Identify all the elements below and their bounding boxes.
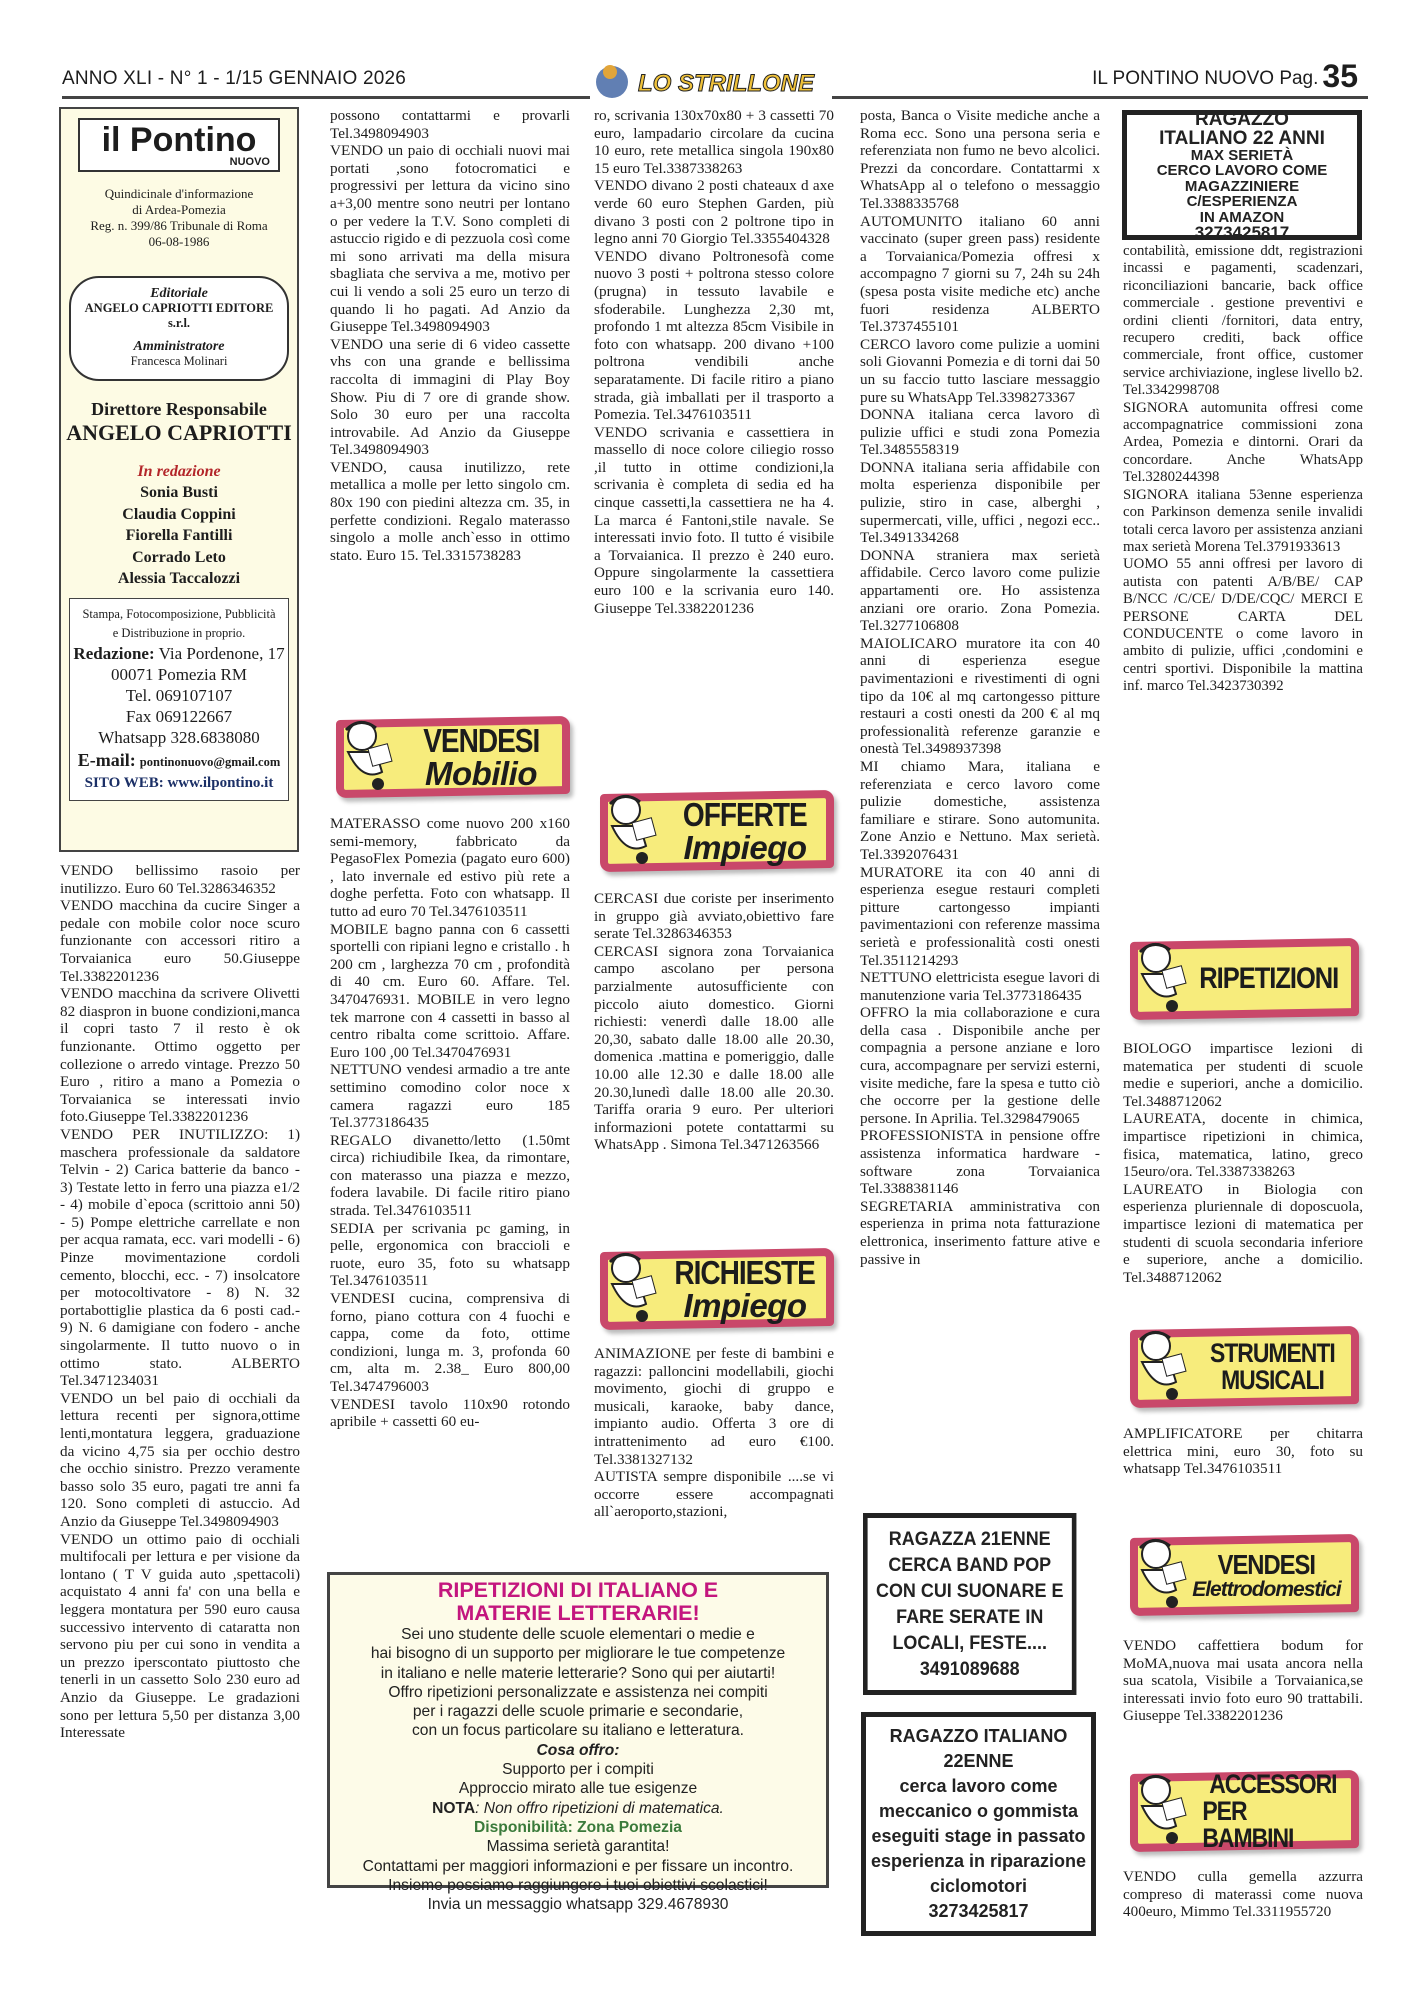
header-rule: [832, 96, 1368, 99]
classified-ad: VENDO divano 2 posti chateaux d axe verd…: [594, 177, 834, 247]
elettrodomestici-ads: VENDO caffettiera bodum for MoMA,nuova m…: [1123, 1637, 1363, 1725]
classified-ad: VENDO, causa inutilizzo, rete metallica …: [330, 459, 570, 565]
boxed-ad-meccanico: RAGAZZO ITALIANO22ENNEcerca lavoro comem…: [861, 1712, 1096, 1936]
classified-ad: ro, scrivania 130x70x80 + 3 cassetti 70 …: [594, 107, 834, 177]
classified-ad: REGALO divanetto/letto (1.50mt circa) ri…: [330, 1132, 570, 1220]
classified-ad: LAUREATA, docente in chimica, impartisce…: [1123, 1110, 1363, 1180]
strillone-mascot-icon: [326, 712, 396, 798]
strillone-mascot-icon: [590, 1244, 660, 1330]
classified-ad: VENDO un ottimo paio di occhiali multifo…: [60, 1531, 300, 1742]
classified-ad: VENDO divano Poltronesofà come nuovo 3 p…: [594, 248, 834, 424]
section-banner-accessori-bambini: ACCESSORIPER BAMBINI: [1120, 1760, 1365, 1860]
ad-title: RIPETIZIONI DI ITALIANO E: [330, 1579, 826, 1602]
column-3-ads: ro, scrivania 130x70x80 + 3 cassetti 70 …: [594, 107, 834, 617]
brand-logo: il Pontino NUOVO: [78, 118, 280, 172]
classified-ad: SIGNORA italiana 53enne esperienza con P…: [1123, 487, 1363, 557]
richieste-impiego-ads: ANIMAZIONE per feste di bambini e ragazz…: [594, 1345, 834, 1521]
classified-ad: DONNA italiana seria affidabile con molt…: [860, 459, 1100, 547]
classified-ad: DONNA straniera max serietà affidabile. …: [860, 547, 1100, 635]
classified-ad: VENDO una serie di 6 video cassette vhs …: [330, 336, 570, 459]
column-4-ads: posta, Banca o Visite mediche anche a Ro…: [860, 107, 1100, 1268]
strillone-mascot-icon: [590, 786, 660, 872]
section-banner-offerte-impiego: OFFERTEImpiego: [590, 780, 840, 880]
director-label: Direttore Responsabile: [61, 398, 297, 420]
classified-ad: VENDO bellissimo rasoio per inutilizzo. …: [60, 862, 300, 897]
classified-ad: MURATORE ita con 40 anni di esperienza e…: [860, 864, 1100, 970]
mobilio-ads: MATERASSO come nuovo 200 x160 semi-memor…: [330, 815, 570, 1431]
classified-ad: NETTUNO elettricista esegue lavori di ma…: [860, 969, 1100, 1004]
classified-ad: ANIMAZIONE per feste di bambini e ragazz…: [594, 1345, 834, 1468]
email-link[interactable]: pontinonuovo@gmail.com: [140, 755, 280, 769]
classified-ad: MOBILE bagno panna con 6 cassetti sporte…: [330, 921, 570, 1062]
staff-label: In redazione: [61, 462, 297, 482]
staff-list: Sonia BustiClaudia CoppiniFiorella Fanti…: [61, 482, 297, 590]
accessori-ads: VENDO culla gemella azzurra compreso di …: [1123, 1868, 1363, 1921]
issue-info: ANNO XLI - N° 1 - 1/15 GENNAIO 2026: [62, 68, 406, 90]
classified-ad: SEDIA per scrivania pc gaming, in pelle,…: [330, 1220, 570, 1290]
ad-title: MATERIE LETTERARIE!: [330, 1602, 826, 1625]
page-number-label: IL PONTINO NUOVO Pag.35: [1092, 58, 1358, 95]
strillone-mascot-icon: [1120, 1766, 1190, 1852]
contact-box: Stampa, Fotocomposizione, Pubblicità e D…: [69, 598, 289, 801]
strumenti-ads: AMPLIFICATORE per chitarra elettrica min…: [1123, 1425, 1363, 1478]
lo-strillone-logo: LO STRILLONE: [590, 58, 830, 108]
strillone-mascot-icon: [1120, 1322, 1190, 1408]
classified-ad: OFFRO la mia collaborazione e cura della…: [860, 1004, 1100, 1127]
classified-ad: VENDO caffettiera bodum for MoMA,nuova m…: [1123, 1637, 1363, 1725]
classified-ad: VENDO un paio di occhiali nuovi mai port…: [330, 142, 570, 336]
classified-ad: VENDO macchina da cucire Singer a pedale…: [60, 897, 300, 985]
column-1-ads: VENDO bellissimo rasoio per inutilizzo. …: [60, 862, 300, 1742]
classified-ad: MI chiamo Mara, italiana e referenziata …: [860, 758, 1100, 864]
classified-ad: posta, Banca o Visite mediche anche a Ro…: [860, 107, 1100, 213]
page-header: ANNO XLI - N° 1 - 1/15 GENNAIO 2026 LO S…: [0, 0, 1420, 100]
publisher-box: Editoriale ANGELO CAPRIOTTI EDITORE s.r.…: [69, 276, 289, 381]
classified-ad: SIGNORA automunita offresi come accompag…: [1123, 400, 1363, 487]
column-2-ads: possono contattarmi e provarli Tel.34980…: [330, 107, 570, 564]
classified-ad: CERCASI signora zona Torvaianica campo a…: [594, 943, 834, 1154]
classified-ad: VENDO culla gemella azzurra compreso di …: [1123, 1868, 1363, 1921]
publication-info: Quindicinale d'informazionedi Ardea-Pome…: [61, 186, 297, 250]
header-rule: [62, 96, 590, 99]
classified-ad: VENDO PER INUTILIZZO: 1) maschera profes…: [60, 1126, 300, 1390]
svg-text:LO STRILLONE: LO STRILLONE: [638, 70, 815, 97]
classified-ad: AMPLIFICATORE per chitarra elettrica min…: [1123, 1425, 1363, 1478]
website-link[interactable]: SITO WEB: www.ilpontino.it: [72, 773, 286, 794]
classified-ad: VENDO scrivania e cassettiera in massell…: [594, 424, 834, 618]
classified-ad: VENDO macchina da scrivere Olivetti 82 d…: [60, 985, 300, 1126]
classified-ad: MAIOLICARO muratore ita con 40 anni di e…: [860, 635, 1100, 758]
section-banner-strumenti-musicali: STRUMENTIMUSICALI: [1120, 1316, 1365, 1416]
classified-ad: CERCASI due coriste per inserimento in g…: [594, 890, 834, 943]
classified-ad: possono contattarmi e provarli Tel.34980…: [330, 107, 570, 142]
page-number: 35: [1322, 58, 1358, 94]
classified-ad: NETTUNO vendesi armadio a tre ante setti…: [330, 1061, 570, 1131]
section-banner-elettrodomestici: VENDESIElettrodomestici: [1120, 1524, 1365, 1624]
classified-ad: MATERASSO come nuovo 200 x160 semi-memor…: [330, 815, 570, 921]
classified-ad: VENDESI tavolo 110x90 rotondo apribile +…: [330, 1396, 570, 1431]
classified-ad: AUTISTA sempre disponibile ....se vi occ…: [594, 1468, 834, 1521]
section-banner-richieste-impiego: RICHIESTEImpiego: [590, 1238, 840, 1338]
offerte-impiego-ads: CERCASI due coriste per inserimento in g…: [594, 890, 834, 1154]
ripetizioni-ads: BIOLOGO impartisce lezioni di matematica…: [1123, 1040, 1363, 1286]
column-5-ads: contabilità, emissione ddt, registrazion…: [1123, 243, 1363, 696]
classified-ad: AUTOMUNITO italiano 60 anni vaccinato (s…: [860, 213, 1100, 336]
classified-ad: UOMO 55 anni offresi per lavoro di autis…: [1123, 556, 1363, 695]
classified-ad: VENDESI cucina, comprensiva di forno, pi…: [330, 1290, 570, 1396]
ripetizioni-italiano-ad: RIPETIZIONI DI ITALIANO E MATERIE LETTER…: [327, 1572, 829, 1888]
classified-ad: LAUREATO in Biologia con esperienza plur…: [1123, 1181, 1363, 1287]
whatsapp-contact: Invia un messaggio whatsapp 329.4678930: [330, 1895, 826, 1914]
classified-ad: DONNA italiana cerca lavoro dì pulizie u…: [860, 406, 1100, 459]
director-name: ANGELO CAPRIOTTI: [61, 420, 297, 446]
boxed-ad-magazziniere: RAGAZZOITALIANO 22 ANNIMAX SERIETÀCERCO …: [1122, 110, 1362, 240]
classified-ad: contabilità, emissione ddt, registrazion…: [1123, 243, 1363, 400]
masthead-box: il Pontino NUOVO Quindicinale d'informaz…: [59, 107, 299, 852]
boxed-ad-ragazza-band: RAGAZZA 21ENNECERCA BAND POPCON CUI SUON…: [863, 1513, 1076, 1695]
classified-ad: CERCO lavoro come pulizie a uomini soli …: [860, 336, 1100, 406]
classified-ad: SEGRETARIA amministrativa con esperienza…: [860, 1198, 1100, 1268]
classified-ad: BIOLOGO impartisce lezioni di matematica…: [1123, 1040, 1363, 1110]
section-banner-ripetizioni: RIPETIZIONI: [1120, 928, 1365, 1028]
classified-ad: PROFESSIONISTA in pensione offre assiste…: [860, 1127, 1100, 1197]
strillone-mascot-icon: [1120, 934, 1190, 1020]
section-banner-vendesi-mobilio: VENDESIMobilio: [326, 706, 576, 806]
classified-ad: VENDO un bel paio di occhiali da lettura…: [60, 1390, 300, 1531]
